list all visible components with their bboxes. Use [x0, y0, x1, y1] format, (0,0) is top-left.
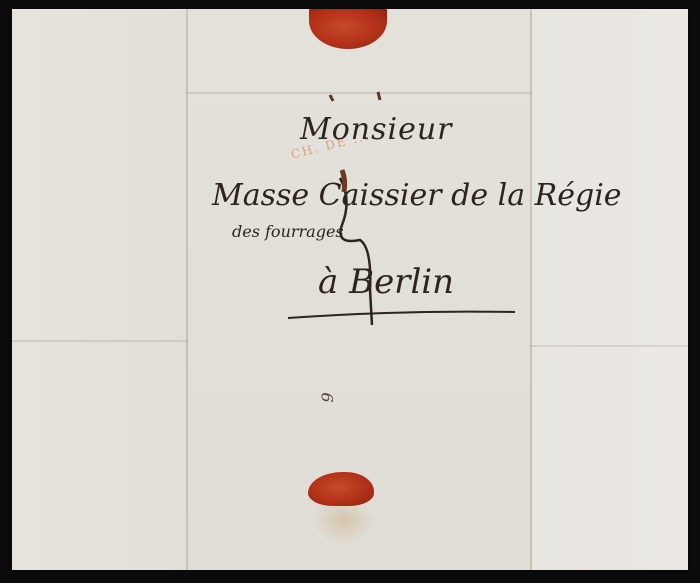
- ink-strokes: [0, 0, 700, 583]
- rate-mark: 6: [318, 392, 337, 402]
- photo-scene: CH. DE ... Monsieur Masse Caissier de la…: [0, 0, 700, 583]
